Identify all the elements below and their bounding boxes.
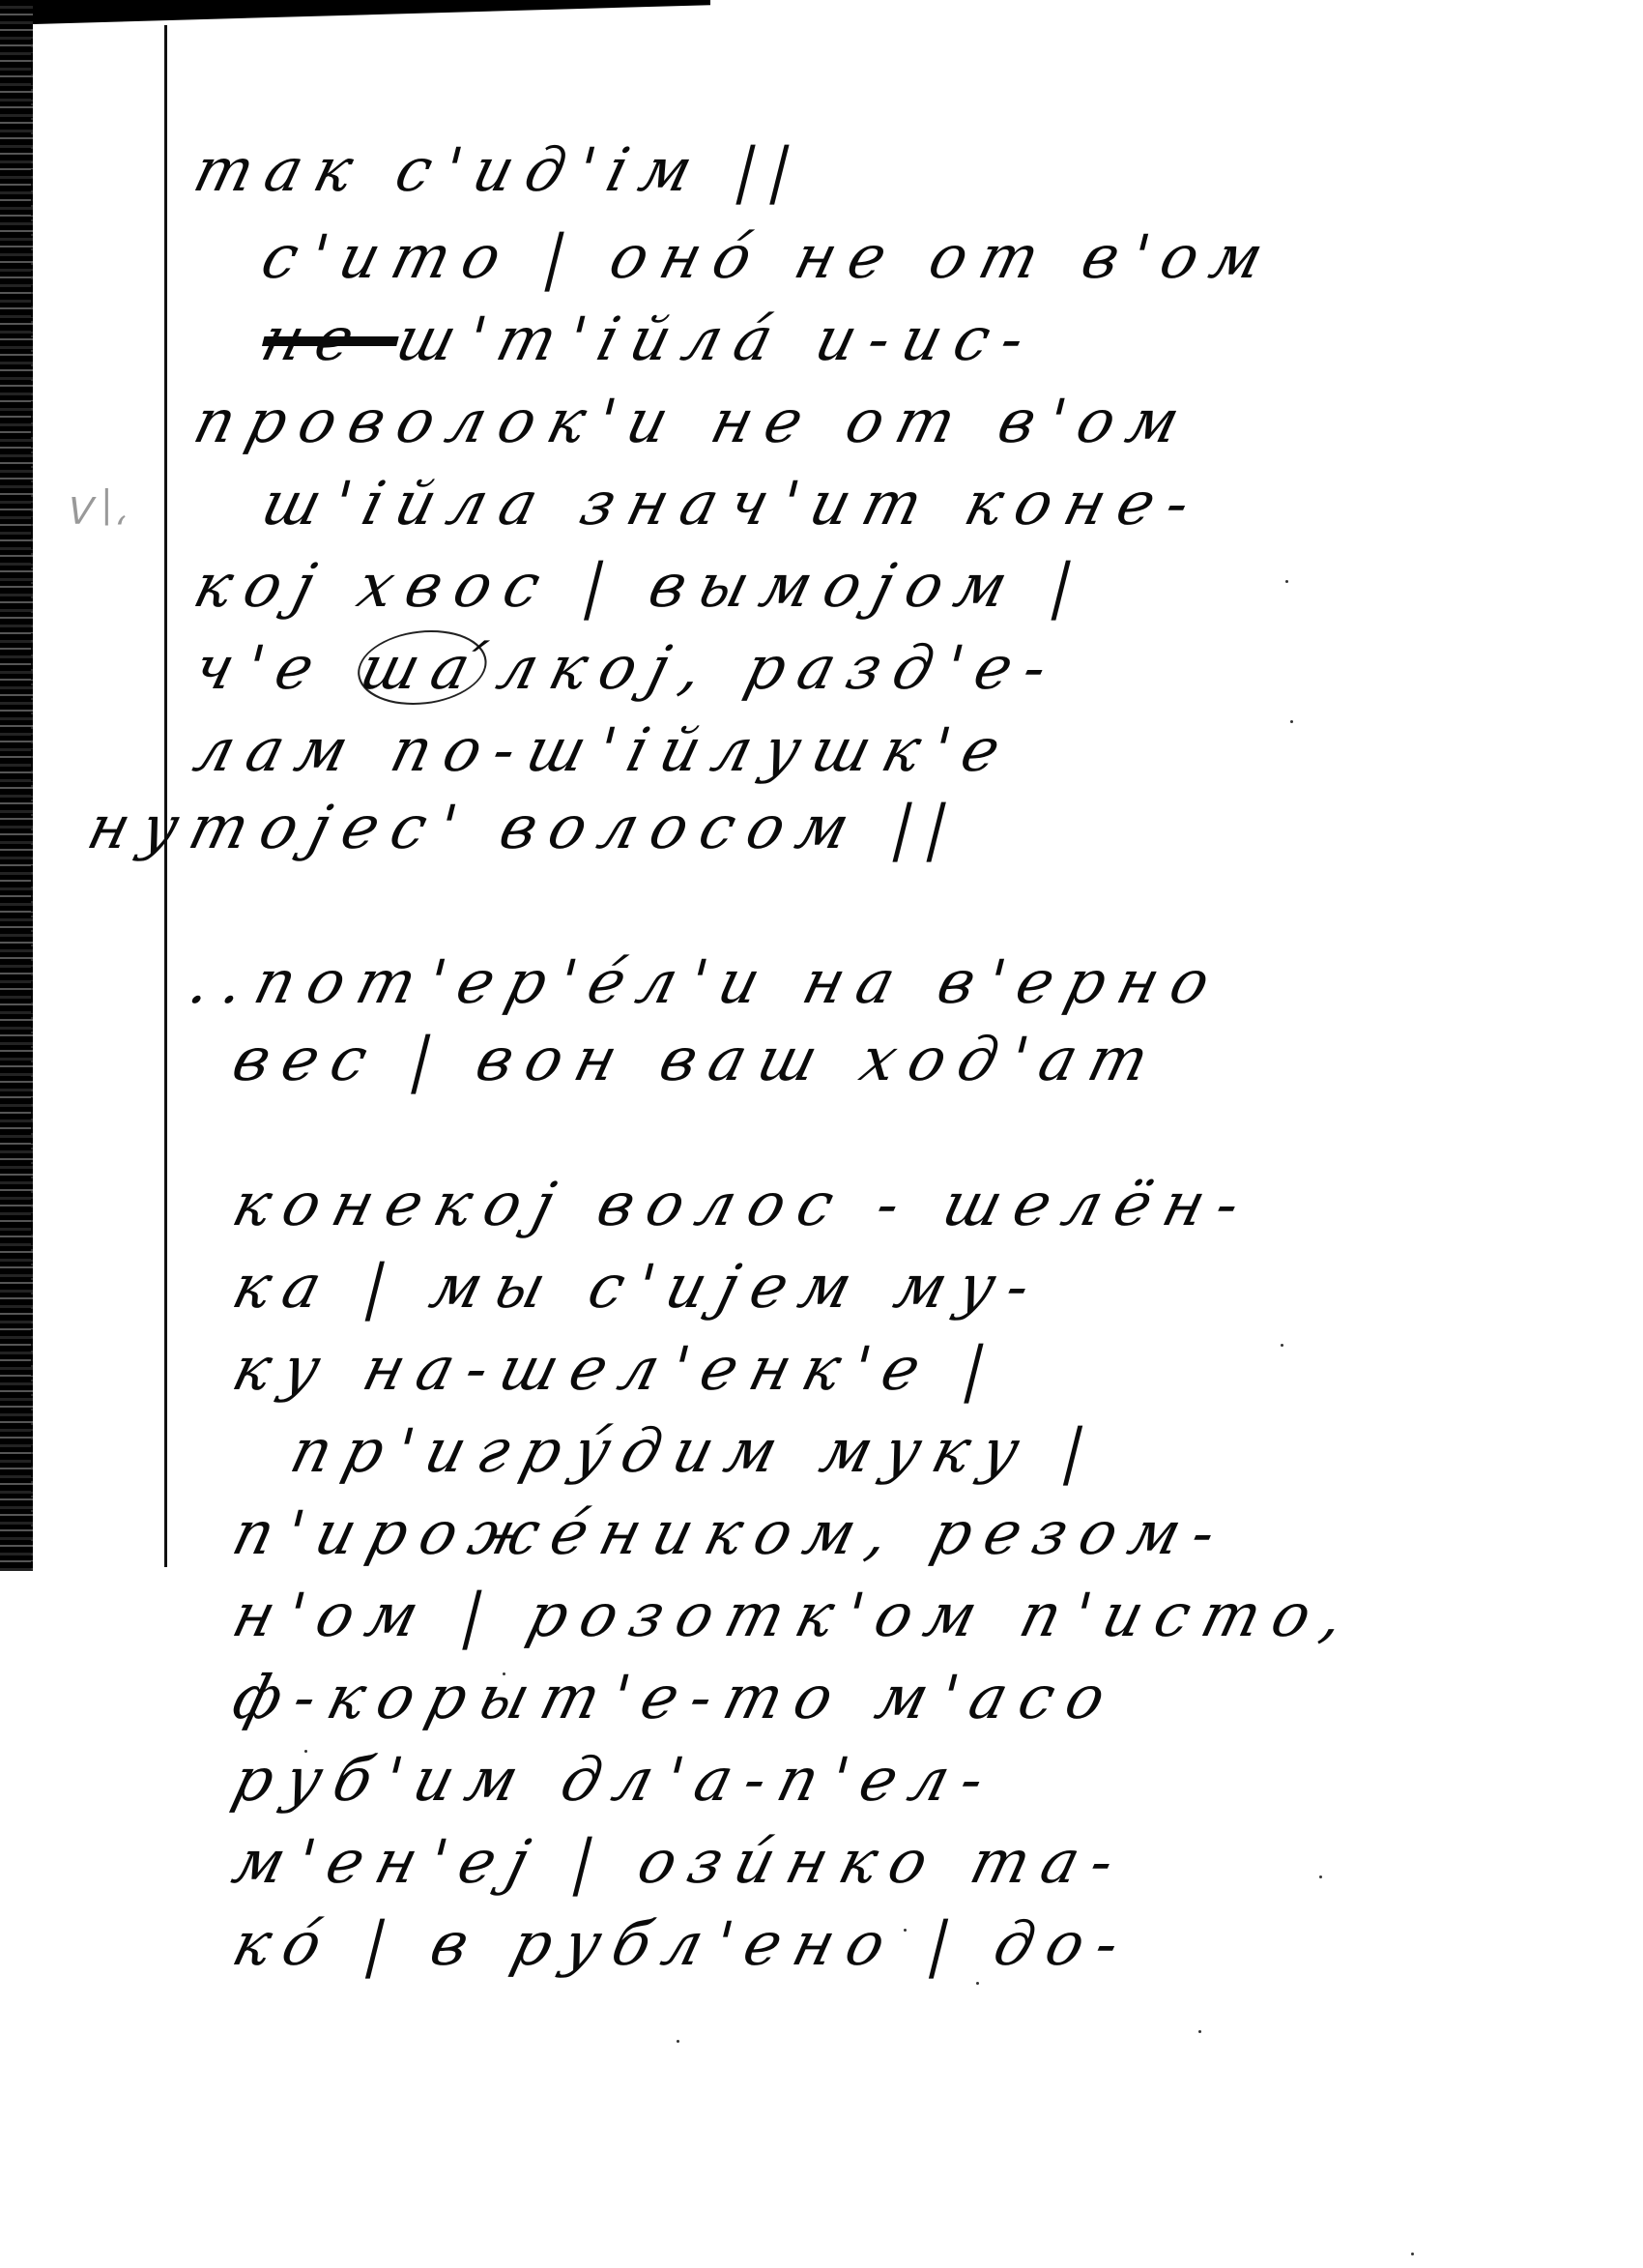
ink-speck [677, 2040, 679, 2043]
manuscript-line: с'ито | оно́ не от в'ом [256, 227, 1283, 287]
manuscript-line: конекој волос - шелён- [227, 1175, 1258, 1235]
manuscript-line: ку на-шел'енк'е | [227, 1339, 1006, 1399]
ink-speck [976, 1982, 979, 1985]
manuscript-line: проволок'и не от в'ом [188, 392, 1198, 451]
manuscript-line: не ш'т'ійла́ и-ис- [256, 309, 1044, 369]
line-text: ш'т'ійла́ и-ис- [389, 304, 1045, 374]
ink-speck [1319, 1875, 1322, 1878]
manuscript-line: ка | мы с'ијем му- [227, 1257, 1049, 1317]
manuscript-line: м'ен'еј | ози́нко та- [227, 1832, 1133, 1892]
manuscript-line: ко́ | в рубл'ено | до- [227, 1914, 1139, 1974]
manuscript-line: п'ироже́ником, резом- [227, 1503, 1234, 1563]
manuscript-line: так с'ид'ім || [188, 140, 812, 200]
ink-speck [1285, 580, 1288, 583]
manuscript-line: пр'игру́дим муку | [285, 1421, 1105, 1481]
manuscript-line: ф-корыт'е-то м'асо [227, 1668, 1124, 1728]
struck-out-text: не [255, 304, 407, 374]
manuscript-line: ч'е ша́лкој, разд'е- [188, 638, 1066, 698]
manuscript-line: лам по-ш'ійлушк'е [188, 720, 1020, 780]
ink-speck [503, 1672, 505, 1675]
manuscript-line: ш'ійла знач'ит коне- [256, 474, 1209, 534]
manuscript-line: вес | вон ваш ход'ат [227, 1030, 1167, 1090]
ink-speck [1281, 1344, 1283, 1347]
manuscript-line: руб'им дл'а-п'ел- [227, 1750, 1003, 1810]
manuscript-line: нутојес' волосом || [82, 798, 968, 858]
ink-speck [904, 1929, 907, 1932]
scan-edge-top [0, 0, 710, 25]
manuscript-line: ..пот'ер'е́л'и на в'ерно [184, 952, 1228, 1012]
ink-speck [1290, 720, 1293, 723]
manuscript-line: кој хвос | вымојом | [188, 556, 1093, 616]
manuscript-line: н'ом | розотк'ом п'исто, [227, 1585, 1363, 1645]
circled-text: ша [349, 630, 495, 705]
margin-annotation: ʼ|ᐱ [68, 488, 129, 531]
ink-speck [304, 1750, 307, 1753]
ink-speck [1411, 2253, 1414, 2255]
ink-speck [1198, 2030, 1201, 2033]
scan-edge-left [0, 0, 33, 1571]
